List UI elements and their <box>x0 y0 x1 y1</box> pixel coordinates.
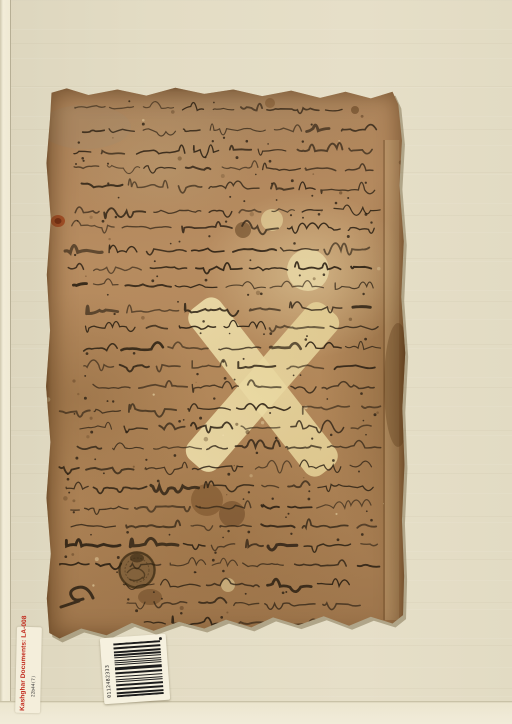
handwriting-stroke <box>328 441 381 448</box>
diacritic-dot <box>208 235 210 237</box>
handwriting-stroke <box>207 578 260 586</box>
handwriting-stroke <box>144 622 165 624</box>
handwriting-stroke <box>303 406 350 414</box>
diacritic-dot <box>220 616 223 619</box>
handwriting-stroke <box>145 462 187 474</box>
diacritic-dot <box>196 373 198 375</box>
diacritic-dot <box>326 398 328 400</box>
handwriting-stroke <box>182 222 232 233</box>
handwriting-stroke <box>179 326 215 329</box>
handwriting-stroke <box>104 208 145 218</box>
diacritic-dot <box>365 182 367 184</box>
handwriting-stroke <box>107 166 139 174</box>
diacritic-dot <box>174 454 177 457</box>
handwriting-stroke <box>96 564 121 570</box>
handwriting-stroke <box>75 106 105 108</box>
handwriting-stroke <box>305 168 336 171</box>
diacritic-dot <box>103 472 105 474</box>
diacritic-dot <box>335 202 338 205</box>
handwriting-stroke <box>330 326 378 330</box>
handwriting-stroke <box>83 130 105 132</box>
handwriting-stroke <box>168 342 208 349</box>
handwriting-stroke <box>234 603 259 606</box>
handwriting-stroke <box>125 284 171 287</box>
diacritic-dot <box>269 412 271 414</box>
diacritic-dot <box>157 480 160 483</box>
diacritic-dot <box>263 333 265 335</box>
diacritic-dot <box>267 143 269 145</box>
diacritic-dot <box>247 294 249 296</box>
handwriting-stroke <box>147 249 186 255</box>
handwriting-stroke <box>192 466 242 471</box>
handwriting-stroke <box>268 579 312 592</box>
diacritic-dot <box>363 420 365 422</box>
diacritic-dot <box>285 591 287 593</box>
handwriting-stroke <box>84 360 114 371</box>
diacritic-dot <box>275 437 278 440</box>
handwriting-stroke <box>209 181 259 189</box>
handwriting-stroke <box>139 381 187 388</box>
handwriting-stroke <box>268 544 297 550</box>
diacritic-dot <box>256 452 259 455</box>
diacritic-dot <box>107 400 109 402</box>
handwriting-stroke <box>68 264 83 270</box>
diacritic-dot <box>223 137 225 139</box>
handwriting-stroke <box>351 267 371 269</box>
diacritic-dot <box>75 163 77 165</box>
handwriting-stroke <box>262 485 279 487</box>
handwriting-stroke <box>318 484 373 491</box>
diacritic-dot <box>117 556 120 559</box>
diacritic-dot <box>74 254 76 256</box>
handwriting-stroke <box>258 149 286 155</box>
handwriting-stroke <box>241 104 262 111</box>
speck <box>45 157 47 159</box>
handwriting-stroke <box>94 267 142 273</box>
handwriting-stroke <box>281 248 319 251</box>
handwriting-stroke <box>291 420 344 432</box>
bold-word <box>61 587 93 607</box>
diacritic-dot <box>308 498 311 501</box>
handwriting-stroke <box>75 207 99 213</box>
handwriting-stroke <box>220 525 251 527</box>
handwriting-stroke <box>191 525 213 530</box>
handwriting-stroke <box>60 563 89 565</box>
handwriting-stroke <box>194 145 219 157</box>
diacritic-dot <box>309 630 312 633</box>
handwriting-stroke <box>154 602 187 608</box>
handwriting-stroke <box>144 166 176 173</box>
handwriting-stroke <box>342 125 377 131</box>
diacritic-dot <box>214 552 216 554</box>
handwriting-stroke <box>324 243 369 255</box>
handwriting-stroke <box>267 108 319 113</box>
handwriting-stroke <box>127 305 179 313</box>
handwriting-stroke <box>196 263 242 274</box>
diacritic-dot <box>67 478 70 481</box>
diacritic-dot <box>118 197 120 199</box>
handwriting-stroke <box>346 164 373 171</box>
handwriting-stroke <box>233 249 276 252</box>
handwriting-stroke <box>80 422 112 429</box>
handwriting-stroke <box>291 386 316 393</box>
diacritic-dot <box>86 352 89 355</box>
handwriting-stroke <box>222 161 258 170</box>
diacritic-dot <box>169 534 171 536</box>
handwriting-stroke <box>128 179 167 188</box>
handwriting-stroke <box>110 107 134 109</box>
handwriting-stroke <box>188 404 230 412</box>
diacritic-dot <box>269 332 272 335</box>
diacritic-dot <box>236 156 239 159</box>
diacritic-dot <box>282 591 285 594</box>
diacritic-dot <box>330 434 333 437</box>
handwriting-stroke <box>87 306 118 314</box>
handwriting-stroke <box>275 125 302 132</box>
handwriting-stroke <box>211 544 234 551</box>
diacritic-dot <box>94 458 96 460</box>
diacritic-dot <box>113 313 115 315</box>
diacritic-dot <box>142 123 145 126</box>
diacritic-dot <box>84 397 87 400</box>
handwriting-stroke <box>207 446 228 450</box>
barcode-sticker: 0112482333 <box>100 634 170 704</box>
handwriting-stroke <box>121 342 162 350</box>
handwriting-stroke <box>127 602 145 609</box>
diacritic-dot <box>269 160 272 163</box>
handwriting-stroke <box>288 507 312 508</box>
speck <box>279 639 283 643</box>
diacritic-dot <box>305 338 308 341</box>
handwriting-stroke <box>270 343 301 349</box>
handwriting-stroke <box>72 220 114 232</box>
handwriting-stroke <box>86 321 136 332</box>
handwriting-stroke <box>93 384 130 388</box>
handwriting-stroke <box>318 579 350 586</box>
handwriting-stroke <box>102 151 125 154</box>
handwriting-stroke <box>210 124 265 135</box>
handwriting-stroke <box>272 209 294 212</box>
handwriting-stroke <box>261 524 294 527</box>
diacritic-dot <box>293 242 296 245</box>
handwriting-stroke <box>151 485 199 494</box>
diacritic-dot <box>364 338 367 341</box>
diacritic-dot <box>180 612 183 615</box>
diacritic-dot <box>161 598 163 600</box>
diacritic-dot <box>285 516 287 518</box>
handwriting-stroke <box>185 304 239 316</box>
handwriting-stroke <box>129 404 176 417</box>
diacritic-dot <box>243 498 245 500</box>
diacritic-dot <box>247 531 250 534</box>
diacritic-dot <box>127 598 129 600</box>
diacritic-dot <box>337 538 340 541</box>
handwriting-stroke <box>59 467 79 474</box>
handwriting-stroke <box>143 102 173 109</box>
diacritic-dot <box>212 559 215 562</box>
diacritic-dot <box>204 156 206 158</box>
diacritic-dot <box>73 511 75 513</box>
diacritic-dot <box>83 160 85 162</box>
diacritic-dot <box>213 102 215 104</box>
diacritic-dot <box>302 140 304 142</box>
handwriting-stroke <box>242 221 278 234</box>
handwriting-stroke <box>358 565 380 567</box>
diacritic-dot <box>177 301 179 303</box>
handwriting-stroke <box>94 409 120 413</box>
handwriting-stroke <box>288 481 310 487</box>
handwriting-stroke <box>213 108 234 109</box>
handwriting-stroke <box>271 183 293 190</box>
handwriting-stroke <box>186 167 211 170</box>
diacritic-dot <box>212 140 214 142</box>
diacritic-dot <box>74 413 76 415</box>
diacritic-dot <box>245 593 247 595</box>
diacritic-dot <box>154 260 156 262</box>
diacritic-dot <box>365 213 368 216</box>
handwriting-stroke <box>219 347 261 350</box>
diacritic-dot <box>311 124 313 126</box>
diacritic-dot <box>271 497 273 499</box>
handwriting-stroke <box>357 525 376 528</box>
handwriting-stroke <box>237 404 291 411</box>
diacritic-dot <box>75 457 78 460</box>
handwriting-stroke <box>323 603 360 610</box>
diacritic-dot <box>145 459 147 461</box>
handwriting-stroke <box>82 184 123 188</box>
diacritic-dot <box>306 335 308 337</box>
handwriting-stroke <box>184 129 201 131</box>
handwriting-stroke <box>286 446 321 449</box>
handwriting-stroke <box>248 380 281 387</box>
scanner-edge-strip <box>0 0 10 724</box>
diacritic-dot <box>365 434 367 436</box>
handwriting-stroke <box>350 461 371 467</box>
handwriting-stroke <box>321 182 375 193</box>
diacritic-dot <box>366 510 368 512</box>
handwriting-stroke <box>154 447 202 450</box>
barcode-digits: 0112482333 <box>105 665 113 698</box>
handwriting-stroke <box>224 320 266 329</box>
handwriting-text <box>45 85 407 643</box>
handwriting-stroke <box>262 505 279 508</box>
diacritic-dot <box>156 275 158 277</box>
handwriting-stroke <box>86 468 133 474</box>
diacritic-dot <box>202 320 205 323</box>
diacritic-dot <box>107 182 109 184</box>
handwriting-stroke <box>349 148 372 153</box>
diacritic-dot <box>249 259 251 261</box>
diacritic-dot <box>243 200 245 202</box>
handwriting-stroke <box>183 103 204 111</box>
archival-label-text: Kashghar Documents: LA-008 <box>19 615 28 711</box>
ink-seal <box>118 551 156 589</box>
diacritic-dot <box>293 375 295 377</box>
manuscript-paper <box>45 85 407 643</box>
handwriting-stroke <box>249 267 287 270</box>
handwriting-stroke <box>238 362 275 368</box>
handwriting-stroke <box>199 598 226 603</box>
diacritic-dot <box>347 235 350 238</box>
diacritic-dot <box>227 473 230 476</box>
handwriting-stroke <box>263 163 301 170</box>
diacritic-dot <box>68 492 70 494</box>
handwriting-stroke <box>255 460 291 472</box>
handwriting-stroke <box>348 228 374 234</box>
handwriting-stroke <box>137 145 185 154</box>
diacritic-dot <box>102 220 105 223</box>
handwriting-stroke <box>353 307 370 308</box>
diacritic-dot <box>222 537 224 539</box>
diacritic-dot <box>205 279 208 282</box>
scanner-edge-line <box>10 0 11 724</box>
handwriting-stroke <box>191 422 233 432</box>
diacritic-dot <box>183 419 185 421</box>
speck <box>327 623 330 626</box>
diacritic-dot <box>115 216 118 219</box>
handwriting-stroke <box>226 282 265 289</box>
diacritic-dot <box>125 431 128 434</box>
handwriting-stroke <box>135 506 190 512</box>
handwriting-stroke <box>212 558 237 565</box>
handwriting-stroke <box>192 381 238 392</box>
scanner-bottom-strip <box>0 701 512 724</box>
diacritic-dot <box>133 352 136 355</box>
handwriting-stroke <box>322 382 374 389</box>
handwriting-stroke <box>346 341 381 349</box>
handwriting-stroke <box>335 282 373 289</box>
diacritic-dot <box>360 392 363 395</box>
diacritic-dot <box>243 358 245 360</box>
handwriting-stroke <box>295 560 347 566</box>
handwriting-stroke <box>270 281 323 288</box>
diacritic-dot <box>332 459 335 462</box>
diacritic-dot <box>194 571 196 573</box>
diacritic-dot <box>271 183 273 185</box>
diacritic-dot <box>112 400 114 402</box>
handwriting-stroke <box>143 129 175 136</box>
diacritic-dot <box>170 243 172 245</box>
handwriting-stroke <box>109 129 134 133</box>
diacritic-dot <box>213 397 215 399</box>
handwriting-stroke <box>120 365 149 372</box>
handwriting-stroke <box>246 540 263 548</box>
handwriting-stroke <box>204 481 253 491</box>
diacritic-dot <box>200 332 202 334</box>
diacritic-dot <box>227 530 229 532</box>
handwriting-stroke <box>306 342 341 348</box>
handwriting-stroke <box>74 151 91 153</box>
diacritic-dot <box>90 534 92 536</box>
diacritic-dot <box>318 213 321 216</box>
handwriting-stroke <box>84 344 118 351</box>
archival-label: Kashghar Documents: LA-008 22b44(7) <box>15 627 42 714</box>
diacritic-dot <box>222 360 225 363</box>
diacritic-dot <box>173 632 175 634</box>
handwriting-stroke <box>299 182 315 190</box>
diacritic-dot <box>302 217 304 219</box>
handwriting-stroke <box>304 544 350 552</box>
handwriting-stroke <box>362 406 381 408</box>
handwriting-stroke <box>236 440 280 449</box>
handwriting-stroke <box>73 284 86 286</box>
diacritic-dot <box>90 431 93 434</box>
diacritic-dot <box>370 519 373 522</box>
diacritic-dot <box>361 533 364 536</box>
diacritic-dot <box>67 473 69 475</box>
handwriting-stroke <box>175 285 217 288</box>
diacritic-dot <box>370 221 372 223</box>
handwriting-stroke <box>302 210 322 212</box>
handwriting-stroke <box>300 460 341 472</box>
diacritic-dot <box>135 609 138 612</box>
handwriting-stroke <box>146 326 167 329</box>
diacritic-dot <box>229 196 231 198</box>
diacritic-dot <box>308 490 310 492</box>
diacritic-dot <box>347 197 349 199</box>
handwriting-stroke <box>334 205 380 215</box>
handwriting-stroke <box>192 360 226 368</box>
diacritic-dot <box>300 374 302 376</box>
handwriting-stroke <box>65 245 102 252</box>
handwriting-stroke <box>196 501 251 509</box>
handwriting-stroke <box>85 506 128 514</box>
handwriting-stroke <box>265 603 315 609</box>
diacritic-dot <box>178 420 181 423</box>
diacritic-dot <box>77 220 79 222</box>
diacritic-dot <box>246 140 249 143</box>
diacritic-dot <box>224 377 227 380</box>
handwriting-stroke <box>270 326 324 332</box>
handwriting-stroke <box>209 210 232 217</box>
archival-label-code: 22b44(7) <box>31 675 36 697</box>
diacritic-dot <box>358 471 360 473</box>
diacritic-dot <box>311 195 313 197</box>
diacritic-dot <box>374 413 377 416</box>
handwriting-stroke <box>179 186 202 193</box>
handwriting-stroke <box>74 166 99 168</box>
handwriting-stroke <box>250 308 280 310</box>
diacritic-dot <box>276 199 278 201</box>
handwriting-stroke <box>230 146 251 150</box>
diacritic-dot <box>116 571 118 573</box>
diacritic-dot <box>229 333 231 335</box>
diacritic-dot <box>323 273 326 276</box>
handwriting-stroke <box>239 210 261 213</box>
diacritic-dot <box>151 279 154 282</box>
handwriting-stroke <box>361 544 378 546</box>
diacritic-dot <box>153 591 155 593</box>
diacritic-dot <box>288 513 290 515</box>
handwriting-stroke <box>326 109 343 110</box>
handwriting-stroke <box>302 519 347 528</box>
handwriting-stroke <box>150 267 186 269</box>
handwriting-stroke <box>94 279 119 285</box>
handwriting-stroke <box>130 538 178 546</box>
diacritic-dot <box>362 293 364 295</box>
speck <box>278 626 280 628</box>
diacritic-dot <box>234 379 236 381</box>
handwriting-stroke <box>351 425 371 429</box>
handwriting-stroke <box>161 579 201 587</box>
handwriting-stroke <box>159 423 184 429</box>
diacritic-dot <box>126 531 129 534</box>
handwriting-stroke <box>290 302 342 313</box>
handwriting-stroke <box>94 487 147 494</box>
diacritic-dot <box>199 417 202 420</box>
handwriting-stroke <box>317 500 371 509</box>
diacritic-dot <box>78 141 80 143</box>
